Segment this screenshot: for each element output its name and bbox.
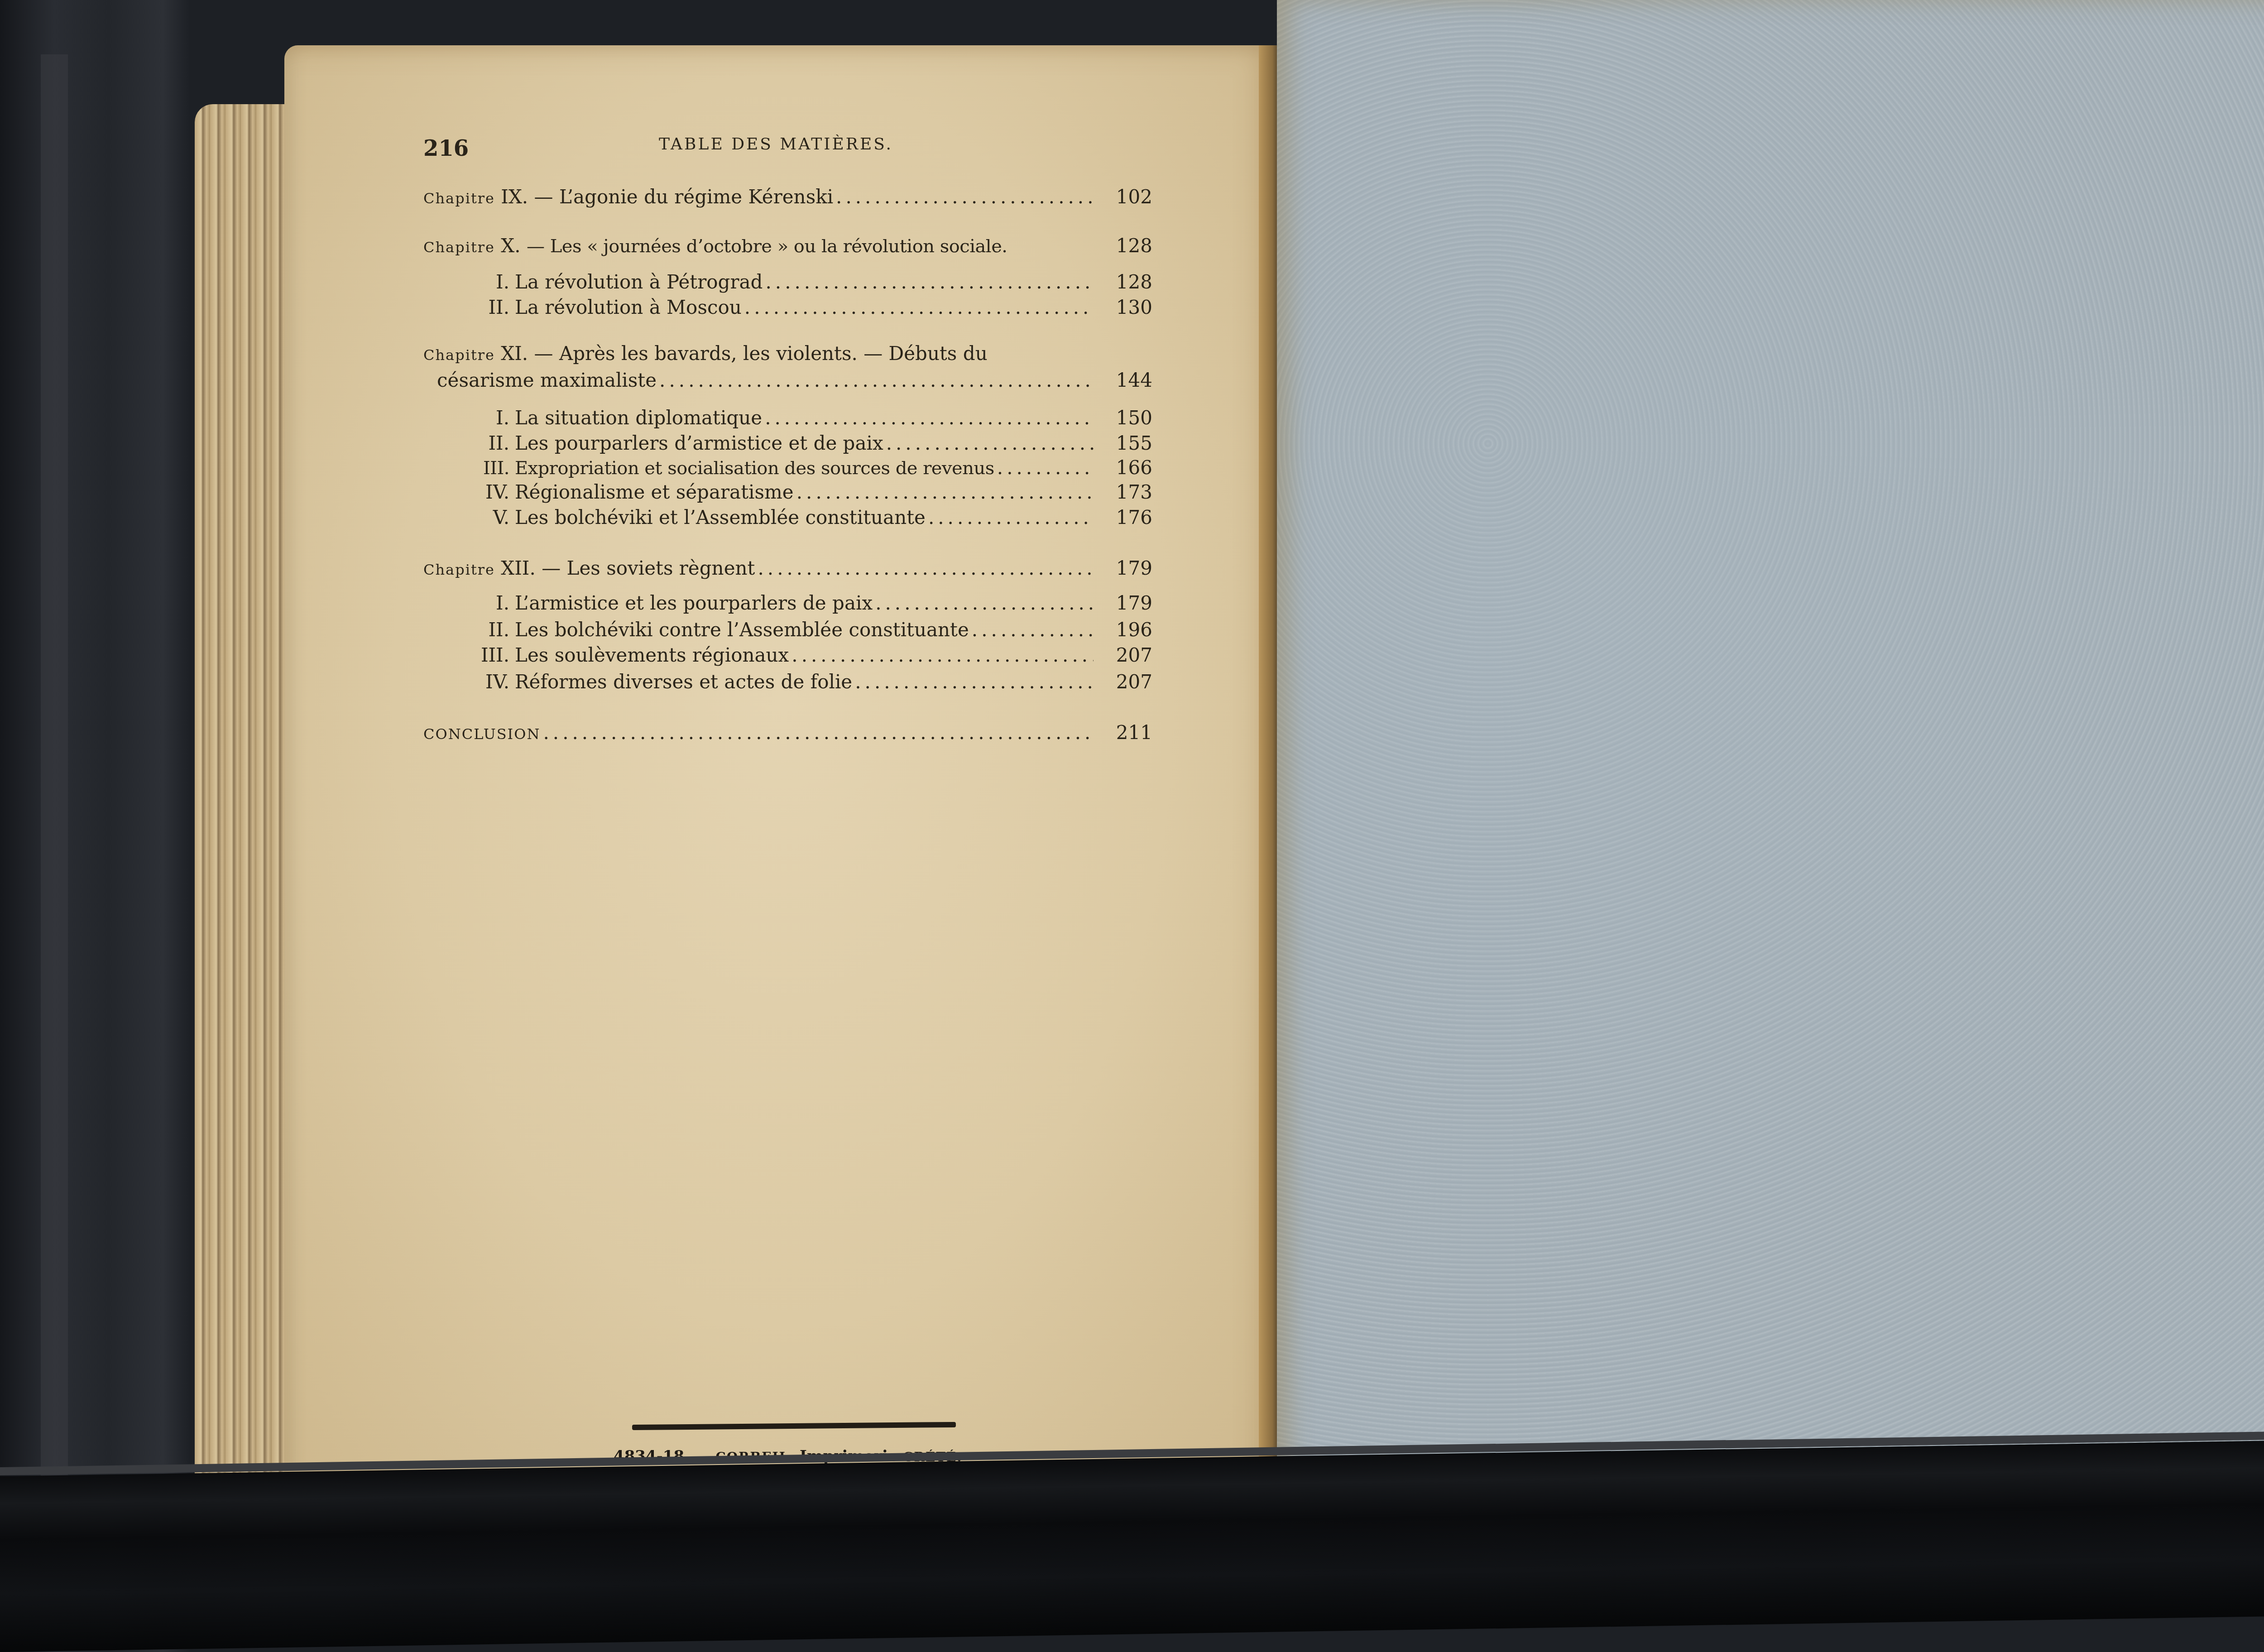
leader-dots: [855, 671, 1094, 693]
chapter-keyword: Chapitre: [423, 239, 495, 256]
leader-dots: [997, 456, 1094, 479]
toc-page-number: 179: [1112, 592, 1152, 614]
toc-chapter-xi-continuation: césarisme maximaliste 144: [437, 369, 1152, 391]
section-number: II.: [460, 432, 509, 454]
chapter-title: — Les « journées d’octobre » ou la révol…: [527, 236, 1007, 257]
toc-page-number: 102: [1112, 186, 1152, 208]
section-number: IV.: [460, 671, 509, 693]
toc-page-number: 128: [1112, 235, 1152, 257]
chapter-title: — Les soviets règnent: [542, 557, 755, 579]
section-title: L’armistice et les pourparlers de paix: [515, 592, 873, 614]
section-number: III.: [460, 458, 509, 479]
scanner-rail-left: [41, 54, 68, 1481]
chapter-keyword: Chapitre: [423, 561, 495, 578]
section-title: La révolution à Pétrograd: [515, 271, 763, 293]
toc-page-number: 179: [1112, 557, 1152, 579]
section-number: II.: [460, 619, 509, 641]
book-page-edges: [195, 104, 290, 1499]
toc-page-number: 173: [1112, 481, 1152, 503]
toc-page-number: 166: [1112, 456, 1152, 479]
section-number: II.: [460, 296, 509, 318]
conclusion-title: Conclusion: [423, 725, 540, 743]
toc-page-number: 130: [1112, 296, 1152, 318]
toc-section: I.La situation diplomatique 150: [423, 407, 1152, 429]
section-title: Expropriation et socialisation des sourc…: [515, 458, 994, 479]
toc-section: V.Les bolchéviki et l’Assemblée constitu…: [423, 506, 1152, 528]
leader-dots: [659, 369, 1094, 391]
toc-section: IV.Régionalisme et séparatisme 173: [423, 481, 1152, 503]
section-number: I.: [460, 407, 509, 429]
page-number: 216: [423, 136, 469, 161]
toc-chapter-ix: Chapitre IX. — L’agonie du régime Kérens…: [423, 186, 1152, 208]
toc-chapter-xii: Chapitre XII. — Les soviets règnent 179: [423, 557, 1152, 579]
leader-dots: [765, 271, 1094, 293]
leader-dots: [791, 644, 1094, 666]
leader-dots: [744, 296, 1094, 318]
toc-page-number: 155: [1112, 432, 1152, 454]
section-title: Les soulèvements régionaux: [515, 644, 789, 666]
chapter-keyword: Chapitre: [423, 346, 495, 364]
chapter-title: — Après les bavards, les violents. — Déb…: [534, 342, 988, 365]
toc-page-number: 128: [1112, 271, 1152, 293]
leader-dots: [543, 721, 1094, 744]
book-back-cover: [1277, 0, 2264, 1479]
toc-page-number: 207: [1112, 671, 1152, 693]
toc-page-number: 211: [1112, 721, 1152, 744]
toc-conclusion: Conclusion 211: [423, 721, 1152, 744]
chapter-number: IX.: [501, 186, 528, 208]
section-title: Les bolchéviki et l’Assemblée constituan…: [515, 506, 926, 528]
toc-page-number: 196: [1112, 619, 1152, 641]
chapter-title: — L’agonie du régime Kérenski: [534, 186, 834, 208]
book-left-page: [284, 45, 1281, 1501]
toc-section: III.Les soulèvements régionaux 207: [423, 644, 1152, 666]
toc-section: II.Les bolchéviki contre l’Assemblée con…: [423, 619, 1152, 641]
toc-section: II.La révolution à Moscou 130: [423, 296, 1152, 318]
leader-dots: [886, 432, 1094, 454]
chapter-number: XII.: [501, 557, 535, 579]
section-number: III.: [460, 644, 509, 666]
toc-page-number: 176: [1112, 506, 1152, 528]
chapter-keyword: Chapitre: [423, 190, 495, 207]
section-title: Les bolchéviki contre l’Assemblée consti…: [515, 619, 969, 641]
running-head: TABLE DES MATIÈRES.: [659, 135, 893, 154]
chapter-title-continuation: césarisme maximaliste: [437, 369, 657, 391]
section-title: La situation diplomatique: [515, 407, 762, 429]
section-title: La révolution à Moscou: [515, 296, 742, 318]
leader-dots: [928, 506, 1094, 528]
section-title: Réformes diverses et actes de folie: [515, 671, 852, 693]
chapter-number: XI.: [501, 342, 528, 365]
leader-dots: [875, 592, 1094, 614]
toc-section: I.L’armistice et les pourparlers de paix…: [423, 592, 1152, 614]
leader-dots: [796, 481, 1094, 503]
toc-section: I.La révolution à Pétrograd 128: [423, 271, 1152, 293]
toc-section: II.Les pourparlers d’armistice et de pai…: [423, 432, 1152, 454]
toc-page-number: 144: [1112, 369, 1152, 391]
section-title: Les pourparlers d’armistice et de paix: [515, 432, 883, 454]
chapter-number: X.: [501, 235, 520, 257]
toc-section: III.Expropriation et socialisation des s…: [423, 456, 1152, 479]
leader-dots: [765, 407, 1094, 429]
toc-chapter-x: Chapitre X. — Les « journées d’octobre »…: [423, 235, 1152, 257]
leader-dots: [836, 186, 1094, 208]
section-number: V.: [460, 506, 509, 528]
toc-chapter-xi: Chapitre XI. — Après les bavards, les vi…: [423, 342, 1152, 365]
toc-section: IV.Réformes diverses et actes de folie 2…: [423, 671, 1152, 693]
leader-dots: [758, 557, 1094, 579]
section-number: I.: [460, 592, 509, 614]
toc-page-number: 150: [1112, 407, 1152, 429]
section-title: Régionalisme et séparatisme: [515, 481, 794, 503]
section-number: I.: [460, 271, 509, 293]
section-number: IV.: [460, 481, 509, 503]
leader-dots: [972, 619, 1094, 641]
toc-page-number: 207: [1112, 644, 1152, 666]
